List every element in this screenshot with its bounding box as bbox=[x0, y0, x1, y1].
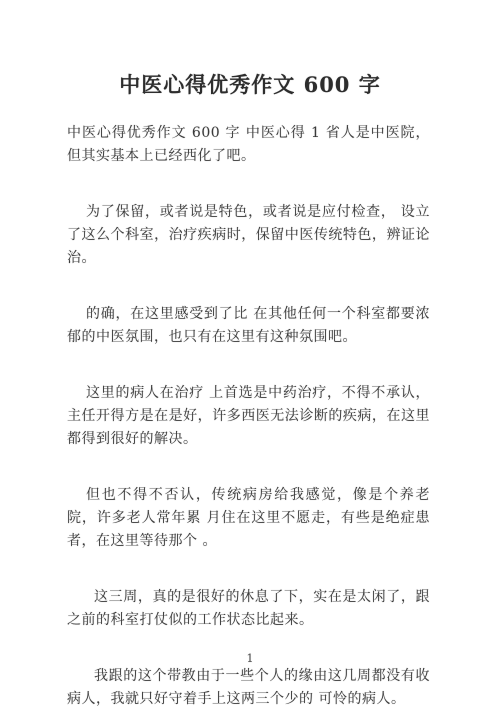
document-body: 中医心得优秀作文 600 字 中医心得 1 省人是中医院，但其实基本上已经西化了… bbox=[0, 100, 500, 707]
document-title: 中医心得优秀作文 600 字 bbox=[0, 0, 500, 100]
document-page: 中医心得优秀作文 600 字 中医心得优秀作文 600 字 中医心得 1 省人是… bbox=[0, 0, 500, 707]
body-paragraph-1: 中医心得优秀作文 600 字 中医心得 1 省人是中医院，但其实基本上已经西化了… bbox=[67, 122, 430, 168]
body-paragraph-4: 这里的病人在治疗 上首选是中药治疗，不得不承认，主任开得方是在是好，许多西医无法… bbox=[67, 382, 430, 451]
body-paragraph-7: 我跟的这个带教由于一些个人的缘由这几周都没有收病人，我就只好守着手上这两三个少的… bbox=[67, 665, 430, 707]
body-paragraph-2: 为了保留，或者说是特色，或者说是应付检查， 设立了这么个科室，治疗疾病时，保留中… bbox=[67, 201, 430, 270]
body-paragraph-5: 但也不得不否认，传统病房给我感觉，像是个养老院，许多老人常年累 月住在这里不愿走… bbox=[67, 484, 430, 553]
body-paragraph-3: 的确，在这里感受到了比 在其他任何一个科室都要浓郁的中医氛围，也只有在这里有这种… bbox=[67, 303, 430, 349]
page-number: 1 bbox=[0, 652, 500, 666]
body-paragraph-6: 这三周，真的是很好的休息了下，实在是太闲了，跟之前的科室打仗似的工作状态比起来。 bbox=[67, 586, 430, 632]
